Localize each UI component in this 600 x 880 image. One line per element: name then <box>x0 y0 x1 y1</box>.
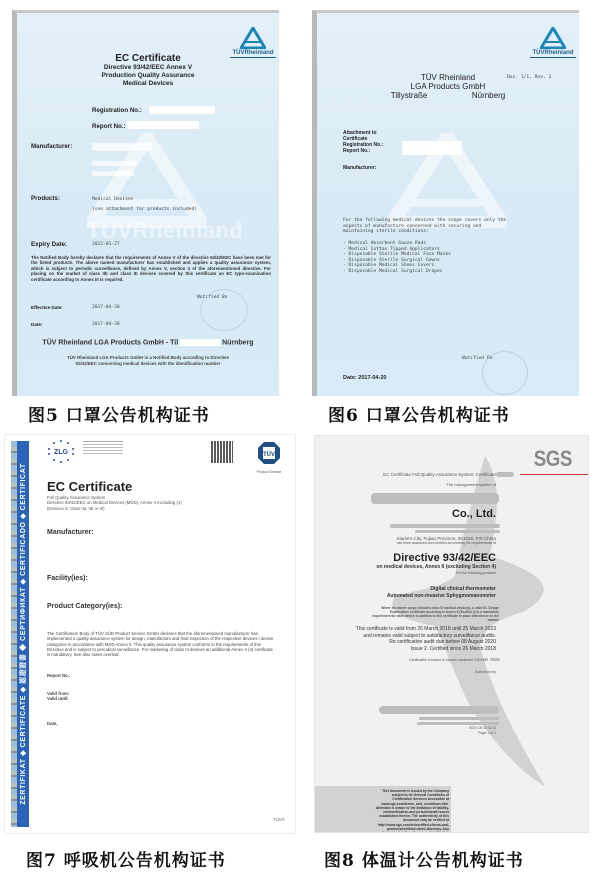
zlg-logo: ZLG <box>45 439 135 463</box>
authorised-wrap: Authorised by <box>475 670 496 675</box>
figure-caption: 图7 呼吸机公告机构证书 <box>26 846 226 871</box>
page-indicator: Page 1 of 1 <box>469 731 496 736</box>
certificate-band: ZERTIFIKAT ◆ CERTIFICATE ◆ 認證證書 ◆ СЕРТИФ… <box>17 441 29 827</box>
address-city: Nürnberg <box>472 91 505 100</box>
validity-labels: Valid from: Valid until: <box>47 691 69 702</box>
mgmt-line-wrap: The management system of <box>446 482 496 487</box>
issuer-note: TÜV Rheinland LGA Products GmbH is a Not… <box>57 355 239 366</box>
tuv-rheinland-logo: TÜVRheinland <box>530 27 576 58</box>
company-wrap: Co., Ltd. <box>452 508 496 520</box>
sgs-logo: SGS <box>534 446 572 472</box>
header-line: EC Certificate Full Quality Assurance Sy… <box>383 472 496 477</box>
following-line: For the following products <box>376 571 496 576</box>
code-wrap: SGS CE 02 0213 Page 1 of 1 <box>469 726 496 736</box>
date-label: Date: <box>31 322 43 327</box>
sgs-header: EC Certificate Full Quality Assurance Sy… <box>383 472 496 477</box>
product-item: Automated non-invasive Sphygmomanometer <box>387 593 496 600</box>
date-value: 2017-04-20 <box>358 375 386 381</box>
certificate-tuv-sud-ec: ZERTIFIKAT ◆ CERTIFICATE ◆ 認證證書 ◆ СЕРТИФ… <box>4 434 296 834</box>
date-field: Date: 2017-04-20 <box>343 375 386 381</box>
products-value: Medical Devices <box>92 197 134 202</box>
certificate-tuv-rheinland-ec: TÜVRheinland TÜVRheinland EC Certificate… <box>12 10 279 396</box>
certificate-heading: EC Certificate Directive 93/42/EEC Annex… <box>17 53 279 88</box>
issuer-name: TÜV Rheinland LGA Products GmbH - Til <box>42 339 178 346</box>
address-street: Tillystraße <box>391 91 428 100</box>
redacted-block <box>417 722 499 725</box>
certificate-tuv-attachment: TÜVRheinland Doc. 1/1, Rev. 3 TÜV Rheinl… <box>312 10 579 396</box>
qr-code-icon <box>211 441 233 463</box>
report-label: Report No.: <box>47 673 70 678</box>
figure-5: TÜVRheinland TÜVRheinland EC Certificate… <box>0 0 300 430</box>
figure-caption: 图5 口罩公告机构证书 <box>28 401 210 426</box>
attachment-label: Attachment to Certificate Registration N… <box>343 130 383 154</box>
company-name: Co., Ltd. <box>452 508 496 520</box>
expiry-date-label: Expiry Date: <box>31 241 67 248</box>
effective-date-label: Effective Date: <box>31 305 63 310</box>
redacted-block <box>490 658 500 661</box>
address-wrap: Xiamen City, Fujian Province, 361026, P.… <box>397 536 496 546</box>
attachment-line: Report No.: <box>343 148 383 154</box>
official-stamp <box>200 289 248 331</box>
org-address: Tillystraße Nürnberg <box>317 91 579 100</box>
effective-date-value: 2017-04-20 <box>92 305 120 310</box>
directive: Directive 93/42/EEC <box>376 552 496 564</box>
footer-disclaimer: This document is issued by the Company s… <box>373 789 449 833</box>
figure-7: ZERTIFIKAT ◆ CERTIFICATE ◆ 認證證書 ◆ СЕРТИФ… <box>0 430 300 880</box>
mgmt-line: The management system of <box>446 482 496 487</box>
directive-subtitle: on medical devices, Annex II (excluding … <box>376 564 496 571</box>
redacted-block <box>371 493 499 504</box>
figure-8: SGS EC Certificate Full Quality Assuranc… <box>300 430 600 880</box>
tuv-octagon-icon: TÜV <box>257 441 281 465</box>
band-text: ZERTIFIKAT ◆ CERTIFICATE ◆ 認證證書 ◆ СЕРТИФ… <box>18 463 28 804</box>
redacted-block <box>180 339 220 346</box>
redacted-block <box>402 141 462 155</box>
logo-text: TÜVRheinland <box>530 50 576 58</box>
validity-line: This certificate is valid from 26 March … <box>356 626 496 633</box>
redacted-block <box>419 717 499 720</box>
certification-statement: The Certification Body of TÜV SÜD Produc… <box>47 631 275 657</box>
directive-wrap: Directive 93/42/EEC on medical devices, … <box>376 552 496 576</box>
expiry-date-value: 2022-01-27 <box>92 242 120 247</box>
redacted-block <box>92 161 137 166</box>
certificate-sgs-ec: SGS EC Certificate Full Quality Assuranc… <box>314 435 589 833</box>
manufacturer-label: Manufacturer: <box>47 529 94 536</box>
subtitle-line: Directive 93/42/EEC Annex V <box>17 64 279 72</box>
products-note: (see attachment for products included) <box>92 207 197 212</box>
date-label: Date: <box>343 375 357 381</box>
registration-label: Registration No.: <box>92 107 142 114</box>
subtitle-line: Production Quality Assurance <box>17 72 279 80</box>
manufacturer-label: Manufacturer: <box>343 165 376 171</box>
figure-6: TÜVRheinland Doc. 1/1, Rev. 3 TÜV Rheinl… <box>300 0 600 430</box>
device-item: - Disposable Medical Surgical Drapes <box>343 269 451 275</box>
redacted-block <box>92 171 134 176</box>
products-wrap: Digital clinical thermometer Automated n… <box>387 586 496 599</box>
redacted-block <box>92 143 152 151</box>
svg-text:TÜV: TÜV <box>263 451 275 458</box>
validity-line: Issue 2. Certified since 26 March 2018 <box>356 646 496 653</box>
redacted-block <box>496 472 514 477</box>
redacted-block <box>149 106 215 114</box>
watermark-text: TÜVRheinland <box>87 218 243 244</box>
scope-text: For the following medical devices the sc… <box>343 218 513 235</box>
product-category-label: Product Category(ies): <box>47 603 122 610</box>
authorised-line: Authorised by <box>475 670 496 675</box>
device-item: - Disposable Sterile Medical Face Masks <box>343 252 451 258</box>
redacted-block <box>127 121 199 129</box>
svg-text:ZLG: ZLG <box>54 449 69 456</box>
products-label: Products: <box>31 195 60 202</box>
date-label: Date, <box>47 721 58 726</box>
zlg-stars-icon: ZLG <box>45 439 77 463</box>
logo-caption: Product Service <box>255 470 283 474</box>
certificate-subtitle: Full Quality Assurance System Directive … <box>47 495 182 511</box>
date-value: 2017-04-20 <box>92 322 120 327</box>
official-stamp <box>482 351 528 395</box>
organization-heading: TÜV Rheinland LGA Products GmbH Tillystr… <box>317 73 579 100</box>
assessed-line: has been assessed and certified as meeti… <box>397 541 496 546</box>
report-line: Certification is based on reports number… <box>409 658 488 663</box>
sgs-red-line <box>520 474 589 475</box>
valid-until-label: Valid until: <box>47 696 69 701</box>
tuv-triangle-icon <box>240 27 266 49</box>
org-line: TÜV Rheinland <box>317 73 579 82</box>
tuv-triangle-icon <box>540 27 566 49</box>
issuer-city: Nürnberg <box>222 339 254 346</box>
validity-wrap: This certificate is valid from 26 March … <box>356 626 496 652</box>
redacted-block <box>415 530 500 533</box>
design-note: Where the above scope includes class III… <box>371 606 499 622</box>
manufacturer-label: Manufacturer: <box>31 143 72 150</box>
subtitle-line: Medical Devices <box>17 80 279 88</box>
subtitle-line: (Devices in Class IIa, IIb or III) <box>47 506 182 511</box>
org-line: LGA Products GmbH <box>317 82 579 91</box>
figure-caption: 图8 体温计公告机构证书 <box>324 846 524 871</box>
tuv-footer-mark: TÜV® <box>273 817 285 822</box>
issuer-footer: TÜV Rheinland LGA Products GmbH - Til Nü… <box>17 339 279 346</box>
figure-caption: 图6 口罩公告机构证书 <box>328 401 510 426</box>
certificate-title: EC Certificate <box>17 53 279 64</box>
facility-label: Facility(ies): <box>47 575 88 582</box>
tuv-sud-logo: TÜV Product Service <box>255 441 283 474</box>
report-label: Report No.: <box>92 123 126 130</box>
report-wrap: Certification is based on reports number… <box>409 658 488 663</box>
redacted-block <box>390 524 500 528</box>
device-list: - Medical Absorbent Gauze Pads - Medical… <box>343 241 451 275</box>
notified-body-statement: The Notified Body hereby declares that t… <box>31 255 271 282</box>
certificate-title: EC Certificate <box>47 479 132 494</box>
redacted-block <box>379 706 499 714</box>
